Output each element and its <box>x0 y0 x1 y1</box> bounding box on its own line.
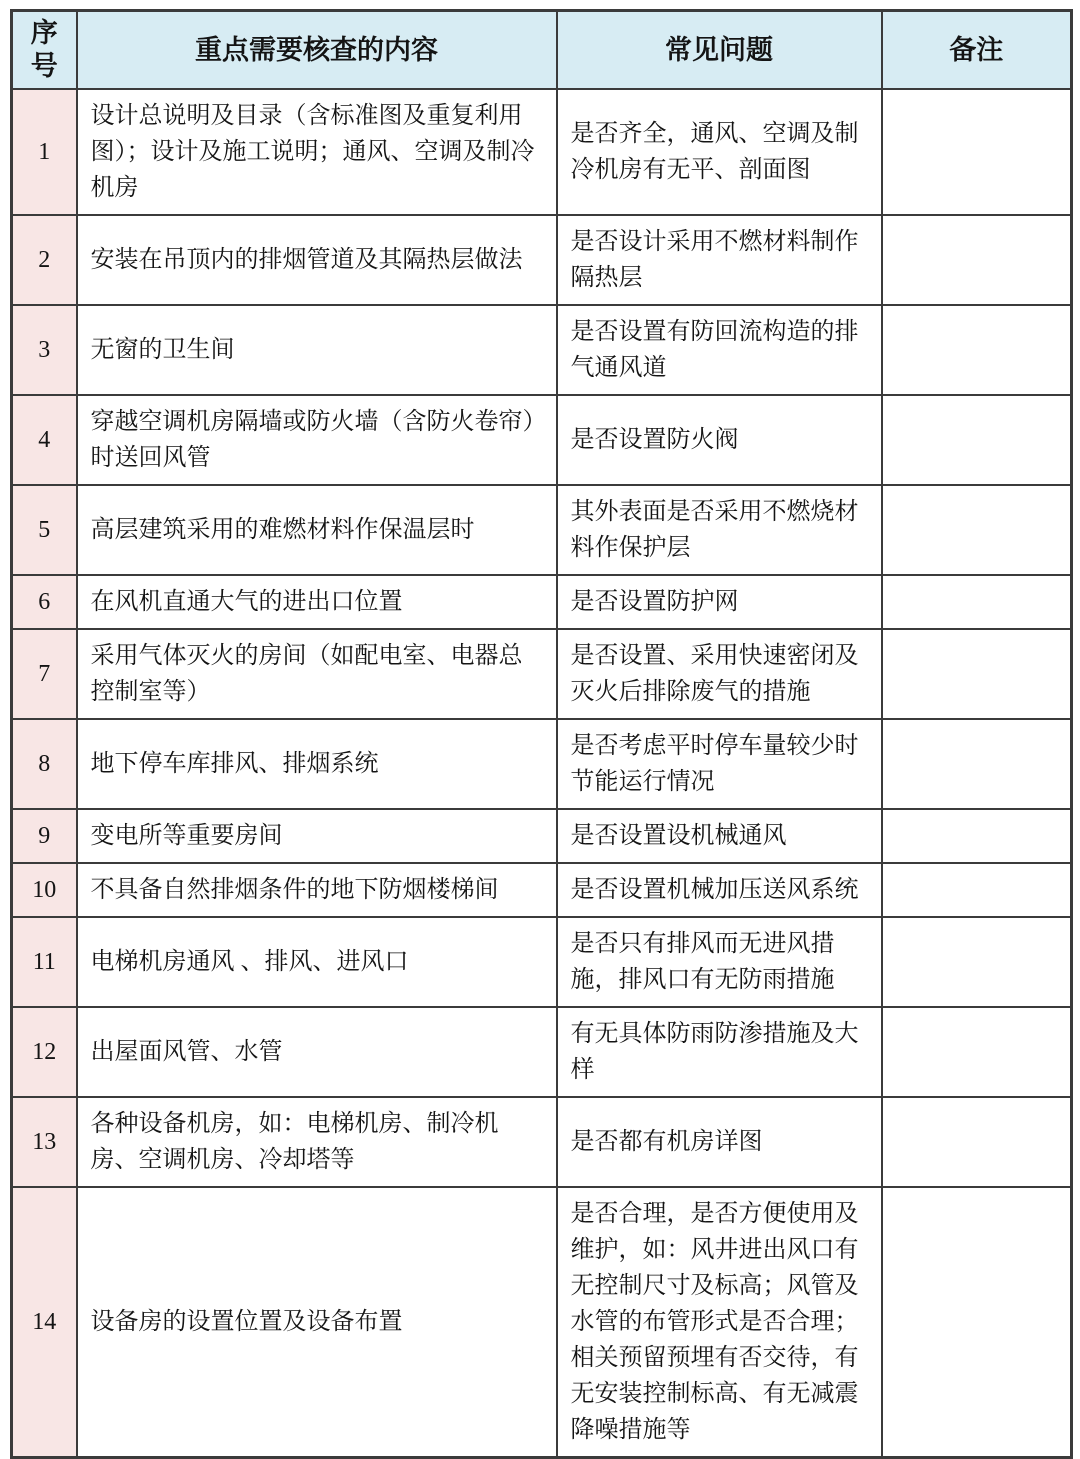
row-number-cell: 2 <box>12 215 77 305</box>
table-row: 10 不具备自然排烟条件的地下防烟楼梯间 是否设置机械加压送风系统 <box>12 863 1072 917</box>
header-row: 序 号 重点需要核查的内容 常见问题 备注 <box>12 11 1072 90</box>
key-content-cell: 不具备自然排烟条件的地下防烟楼梯间 <box>77 863 557 917</box>
remark-cell <box>882 1097 1072 1187</box>
table-header: 序 号 重点需要核查的内容 常见问题 备注 <box>12 11 1072 90</box>
common-problem-cell: 是否设置防护网 <box>557 575 882 629</box>
row-number-cell: 3 <box>12 305 77 395</box>
remark-cell <box>882 917 1072 1007</box>
table-row: 6 在风机直通大气的进出口位置 是否设置防护网 <box>12 575 1072 629</box>
common-problem-cell: 是否设置机械加压送风系统 <box>557 863 882 917</box>
common-problem-cell: 是否设置有防回流构造的排气通风道 <box>557 305 882 395</box>
row-number-cell: 9 <box>12 809 77 863</box>
key-content-cell: 电梯机房通风 、排风、进风口 <box>77 917 557 1007</box>
remark-cell <box>882 809 1072 863</box>
common-problem-cell: 其外表面是否采用不燃烧材料作保护层 <box>557 485 882 575</box>
table-row: 4 穿越空调机房隔墙或防火墙（含防火卷帘）时送回风管 是否设置防火阀 <box>12 395 1072 485</box>
row-number-cell: 11 <box>12 917 77 1007</box>
common-problem-cell: 是否设计采用不燃材料制作隔热层 <box>557 215 882 305</box>
hvac-review-checklist-table: 序 号 重点需要核查的内容 常见问题 备注 1 设计总说明及目录（含标准图及重复… <box>10 9 1073 1459</box>
document-page: 序 号 重点需要核查的内容 常见问题 备注 1 设计总说明及目录（含标准图及重复… <box>0 0 1080 1457</box>
row-number-cell: 12 <box>12 1007 77 1097</box>
key-content-cell: 高层建筑采用的难燃材料作保温层时 <box>77 485 557 575</box>
remark-cell <box>882 215 1072 305</box>
key-content-cell: 变电所等重要房间 <box>77 809 557 863</box>
col-header-key-content: 重点需要核查的内容 <box>77 11 557 90</box>
key-content-cell: 地下停车库排风、排烟系统 <box>77 719 557 809</box>
col-header-remarks: 备注 <box>882 11 1072 90</box>
remark-cell <box>882 395 1072 485</box>
remark-cell <box>882 1187 1072 1458</box>
row-number-cell: 4 <box>12 395 77 485</box>
key-content-cell: 在风机直通大气的进出口位置 <box>77 575 557 629</box>
table-row: 9 变电所等重要房间 是否设置设机械通风 <box>12 809 1072 863</box>
table-row: 7 采用气体灭火的房间（如配电室、电器总控制室等） 是否设置、采用快速密闭及灭火… <box>12 629 1072 719</box>
row-number-cell: 6 <box>12 575 77 629</box>
remark-cell <box>882 1007 1072 1097</box>
table-row: 13 各种设备机房，如：电梯机房、制冷机房、空调机房、冷却塔等 是否都有机房详图 <box>12 1097 1072 1187</box>
col-header-common-problems: 常见问题 <box>557 11 882 90</box>
col-header-serial-number: 序 号 <box>12 11 77 90</box>
row-number-cell: 8 <box>12 719 77 809</box>
remark-cell <box>882 629 1072 719</box>
remark-cell <box>882 485 1072 575</box>
remark-cell <box>882 719 1072 809</box>
key-content-cell: 无窗的卫生间 <box>77 305 557 395</box>
common-problem-cell: 有无具体防雨防渗措施及大样 <box>557 1007 882 1097</box>
table-row: 2 安装在吊顶内的排烟管道及其隔热层做法 是否设计采用不燃材料制作隔热层 <box>12 215 1072 305</box>
table-row: 1 设计总说明及目录（含标准图及重复利用图）；设计及施工说明；通风、空调及制冷机… <box>12 89 1072 215</box>
row-number-cell: 10 <box>12 863 77 917</box>
common-problem-cell: 是否只有排风而无进风措施，排风口有无防雨措施 <box>557 917 882 1007</box>
common-problem-cell: 是否设置设机械通风 <box>557 809 882 863</box>
key-content-cell: 出屋面风管、水管 <box>77 1007 557 1097</box>
row-number-cell: 1 <box>12 89 77 215</box>
key-content-cell: 设备房的设置位置及设备布置 <box>77 1187 557 1458</box>
common-problem-cell: 是否设置、采用快速密闭及灭火后排除废气的措施 <box>557 629 882 719</box>
key-content-cell: 采用气体灭火的房间（如配电室、电器总控制室等） <box>77 629 557 719</box>
table-row: 8 地下停车库排风、排烟系统 是否考虑平时停车量较少时节能运行情况 <box>12 719 1072 809</box>
remark-cell <box>882 863 1072 917</box>
key-content-cell: 设计总说明及目录（含标准图及重复利用图）；设计及施工说明；通风、空调及制冷机房 <box>77 89 557 215</box>
table-row: 14 设备房的设置位置及设备布置 是否合理，是否方便使用及维护，如：风井进出风口… <box>12 1187 1072 1458</box>
remark-cell <box>882 575 1072 629</box>
common-problem-cell: 是否都有机房详图 <box>557 1097 882 1187</box>
key-content-cell: 安装在吊顶内的排烟管道及其隔热层做法 <box>77 215 557 305</box>
table-row: 5 高层建筑采用的难燃材料作保温层时 其外表面是否采用不燃烧材料作保护层 <box>12 485 1072 575</box>
row-number-cell: 5 <box>12 485 77 575</box>
table-row: 11 电梯机房通风 、排风、进风口 是否只有排风而无进风措施，排风口有无防雨措施 <box>12 917 1072 1007</box>
key-content-cell: 穿越空调机房隔墙或防火墙（含防火卷帘）时送回风管 <box>77 395 557 485</box>
common-problem-cell: 是否合理，是否方便使用及维护，如：风井进出风口有无控制尺寸及标高；风管及水管的布… <box>557 1187 882 1458</box>
common-problem-cell: 是否考虑平时停车量较少时节能运行情况 <box>557 719 882 809</box>
common-problem-cell: 是否设置防火阀 <box>557 395 882 485</box>
table-body: 1 设计总说明及目录（含标准图及重复利用图）；设计及施工说明；通风、空调及制冷机… <box>12 89 1072 1458</box>
row-number-cell: 13 <box>12 1097 77 1187</box>
remark-cell <box>882 89 1072 215</box>
row-number-cell: 7 <box>12 629 77 719</box>
remark-cell <box>882 305 1072 395</box>
row-number-cell: 14 <box>12 1187 77 1458</box>
table-row: 3 无窗的卫生间 是否设置有防回流构造的排气通风道 <box>12 305 1072 395</box>
table-row: 12 出屋面风管、水管 有无具体防雨防渗措施及大样 <box>12 1007 1072 1097</box>
common-problem-cell: 是否齐全，通风、空调及制冷机房有无平、剖面图 <box>557 89 882 215</box>
key-content-cell: 各种设备机房，如：电梯机房、制冷机房、空调机房、冷却塔等 <box>77 1097 557 1187</box>
